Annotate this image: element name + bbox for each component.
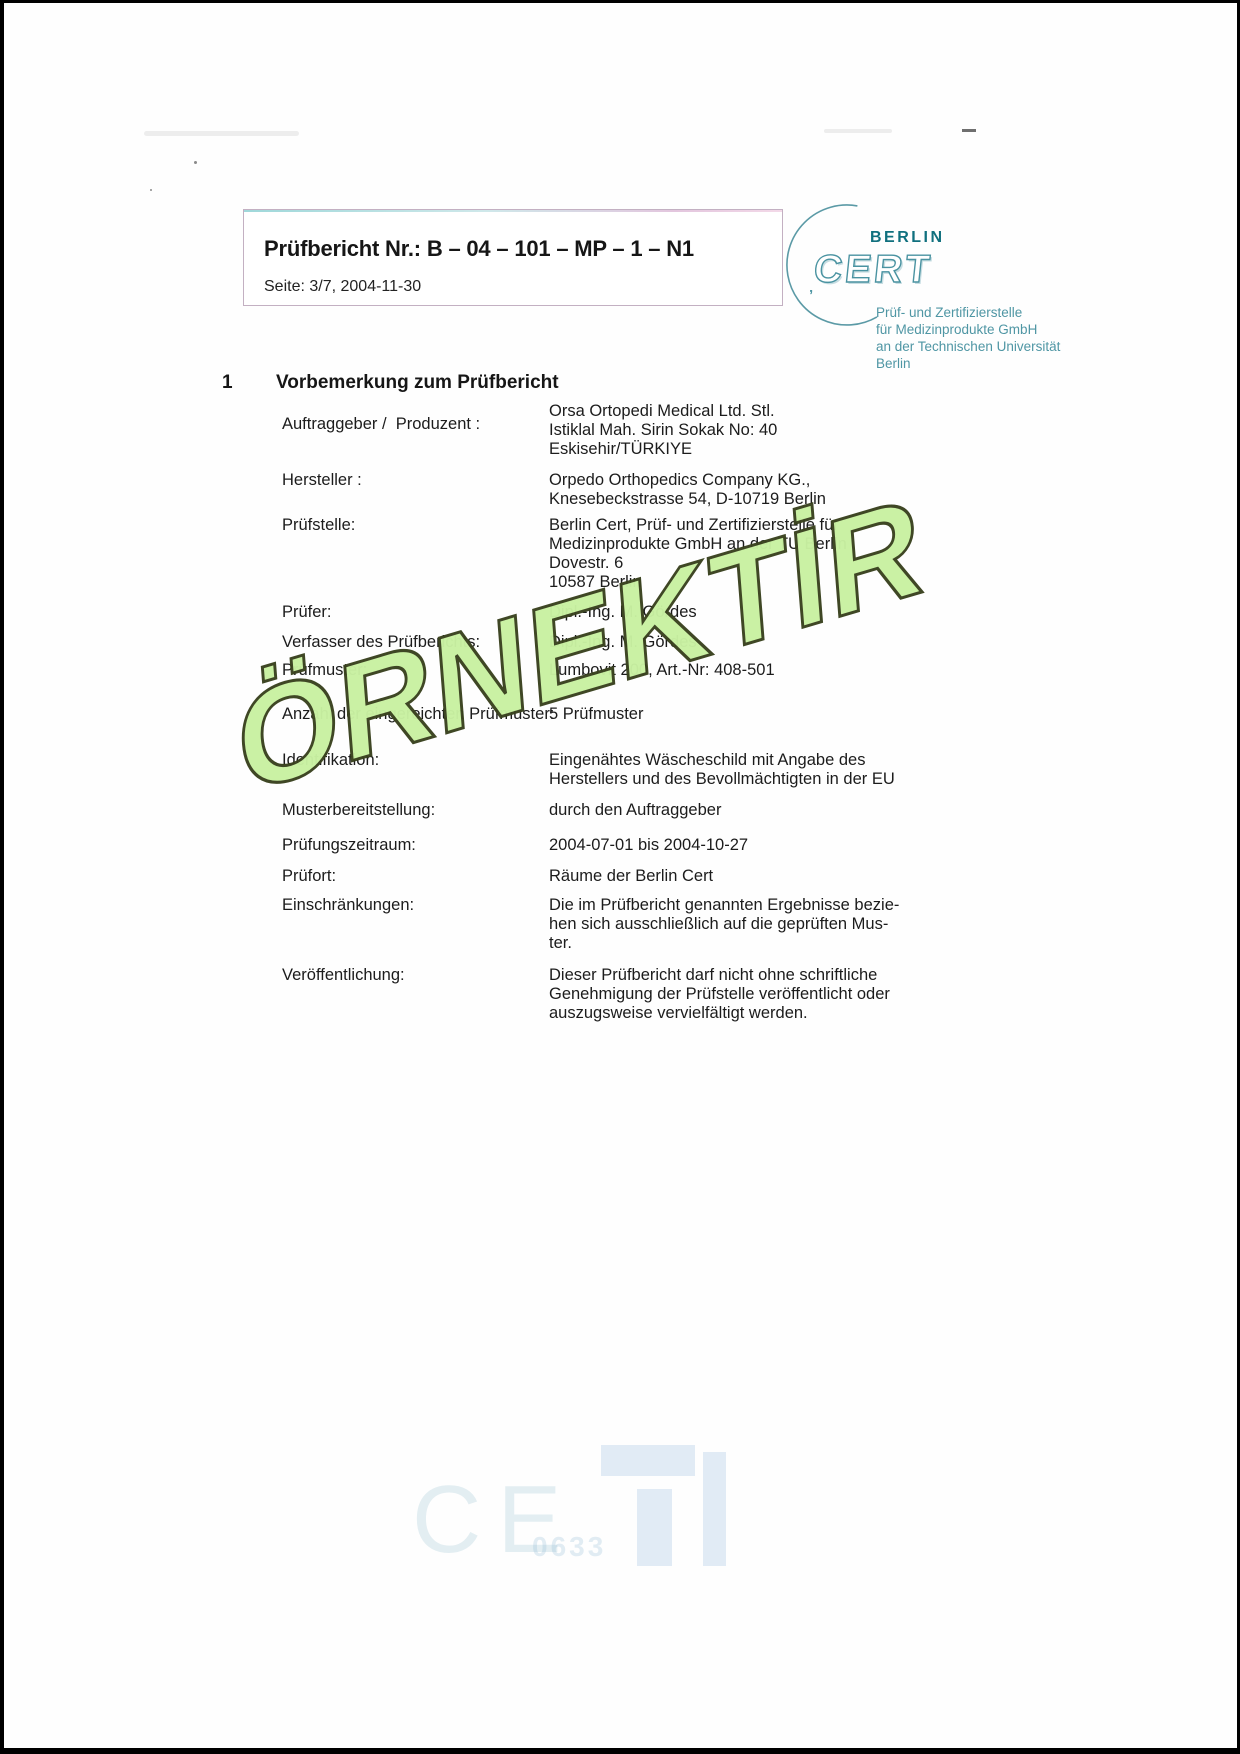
scan-smudge [824, 129, 892, 133]
field-label: Prüfort: [282, 867, 336, 886]
field-value: Eingenähtes Wäscheschild mit Angabe des … [549, 751, 901, 789]
field-value: durch den Auftraggeber [549, 801, 901, 820]
field-label: Einschränkungen: [282, 896, 414, 915]
field-value-line: Eingenähtes Wäscheschild mit Angabe des [549, 751, 901, 770]
field-value: 2004-07-01 bis 2004-10-27 [549, 836, 901, 855]
field-value-line: auszugsweise vervielfältigt werden. [549, 1004, 901, 1023]
field-label: Prüfungszeitraum: [282, 836, 416, 855]
logo-subtitle: Prüf- und Zertifizierstelle für Medizinp… [876, 304, 1060, 372]
field-label: Prüfstelle: [282, 516, 355, 535]
section-title: Vorbemerkung zum Prüfbericht [276, 372, 559, 394]
field-value-line: ter. [549, 934, 901, 953]
report-header-box: Prüfbericht Nr.: B – 04 – 101 – MP – 1 –… [243, 209, 783, 306]
field-value-line: Herstellers und des Bevollmächtigten in … [549, 770, 901, 789]
document-page: Prüfbericht Nr.: B – 04 – 101 – MP – 1 –… [4, 3, 1237, 1748]
field-value: Räume der Berlin Cert [549, 867, 901, 886]
logo-subtitle-line: Prüf- und Zertifizierstelle [876, 304, 1060, 321]
scan-dash [962, 129, 976, 132]
field-value: Dieser Prüfbericht darf nicht ohne schri… [549, 966, 901, 1023]
field-value-line: durch den Auftraggeber [549, 801, 901, 820]
field-value-line: hen sich ausschließlich auf die geprüfte… [549, 915, 901, 934]
field-value-line: Genehmigung der Prüfstelle veröffentlich… [549, 985, 901, 1004]
scan-speck [150, 189, 152, 191]
report-title: Prüfbericht Nr.: B – 04 – 101 – MP – 1 –… [264, 236, 694, 262]
logo-subtitle-line: für Medizinprodukte GmbH [876, 321, 1060, 338]
field-label: Hersteller : [282, 471, 362, 490]
logo-cert-text: CERT [812, 248, 935, 292]
scan-color-line [244, 210, 782, 212]
field-value-line: Istiklal Mah. Sirin Sokak No: 40 [549, 421, 901, 440]
page-info: Seite: 3/7, 2004-11-30 [264, 278, 421, 296]
field-value: Orsa Ortopedi Medical Ltd. Stl. Istiklal… [549, 402, 901, 459]
tu-logo-watermark-icon [637, 1489, 672, 1566]
field-label: Veröffentlichung: [282, 966, 405, 985]
tu-logo-watermark-icon [703, 1452, 726, 1566]
field-label: Prüfer: [282, 603, 332, 622]
tu-logo-watermark-icon [601, 1445, 695, 1476]
field-value-line: Eskisehir/TÜRKIYE [549, 440, 901, 459]
field-value-line: Orsa Ortopedi Medical Ltd. Stl. [549, 402, 901, 421]
scan-speck [194, 161, 197, 164]
field-value-line: Räume der Berlin Cert [549, 867, 901, 886]
field-value: Die im Prüfbericht genannten Ergebnisse … [549, 896, 901, 953]
logo-subtitle-line: an der Technischen Universität [876, 338, 1060, 355]
logo-subtitle-line: Berlin [876, 355, 1060, 372]
field-value-line: Dieser Prüfbericht darf nicht ohne schri… [549, 966, 901, 985]
section-number: 1 [222, 372, 233, 394]
logo-tick-mark: ’ [809, 287, 813, 304]
field-label: Auftraggeber / Produzent : [282, 415, 480, 434]
ce-number: 0633 [532, 1531, 606, 1563]
field-value-line: 2004-07-01 bis 2004-10-27 [549, 836, 901, 855]
field-value-line: Die im Prüfbericht genannten Ergebnisse … [549, 896, 901, 915]
scan-smudge [144, 131, 299, 136]
logo-berlin-text: BERLIN [870, 229, 945, 247]
